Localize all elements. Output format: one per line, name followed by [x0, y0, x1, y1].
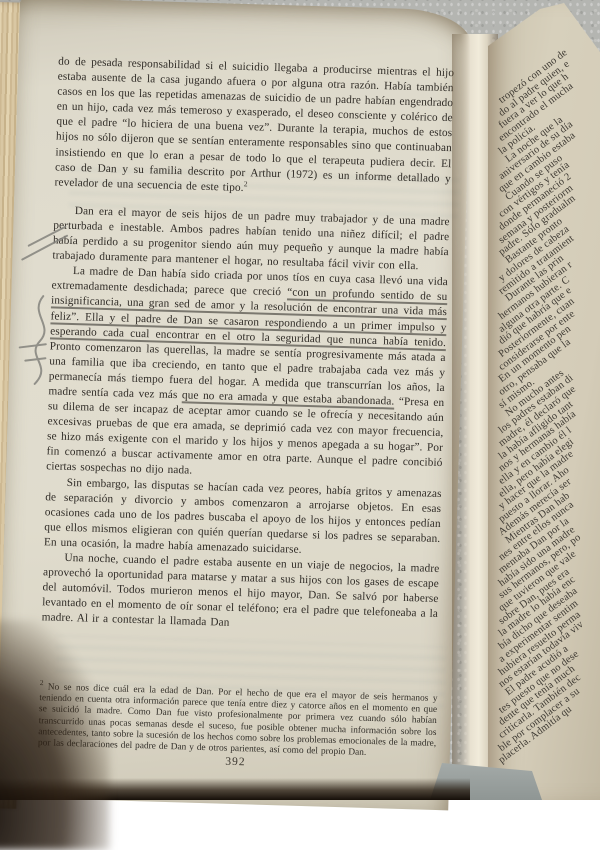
right-page: tropezó con uno dedo al padre quien, efu… [488, 0, 600, 800]
pencil-underline-tail [20, 343, 46, 348]
right-page-text: tropezó con uno dedo al padre quien, efu… [488, 0, 600, 800]
pencil-wavy-brace [35, 296, 46, 384]
pencil-diagonal-stroke [29, 226, 66, 247]
finger-shadow [0, 620, 110, 800]
pencil-underline-tail [25, 358, 45, 362]
